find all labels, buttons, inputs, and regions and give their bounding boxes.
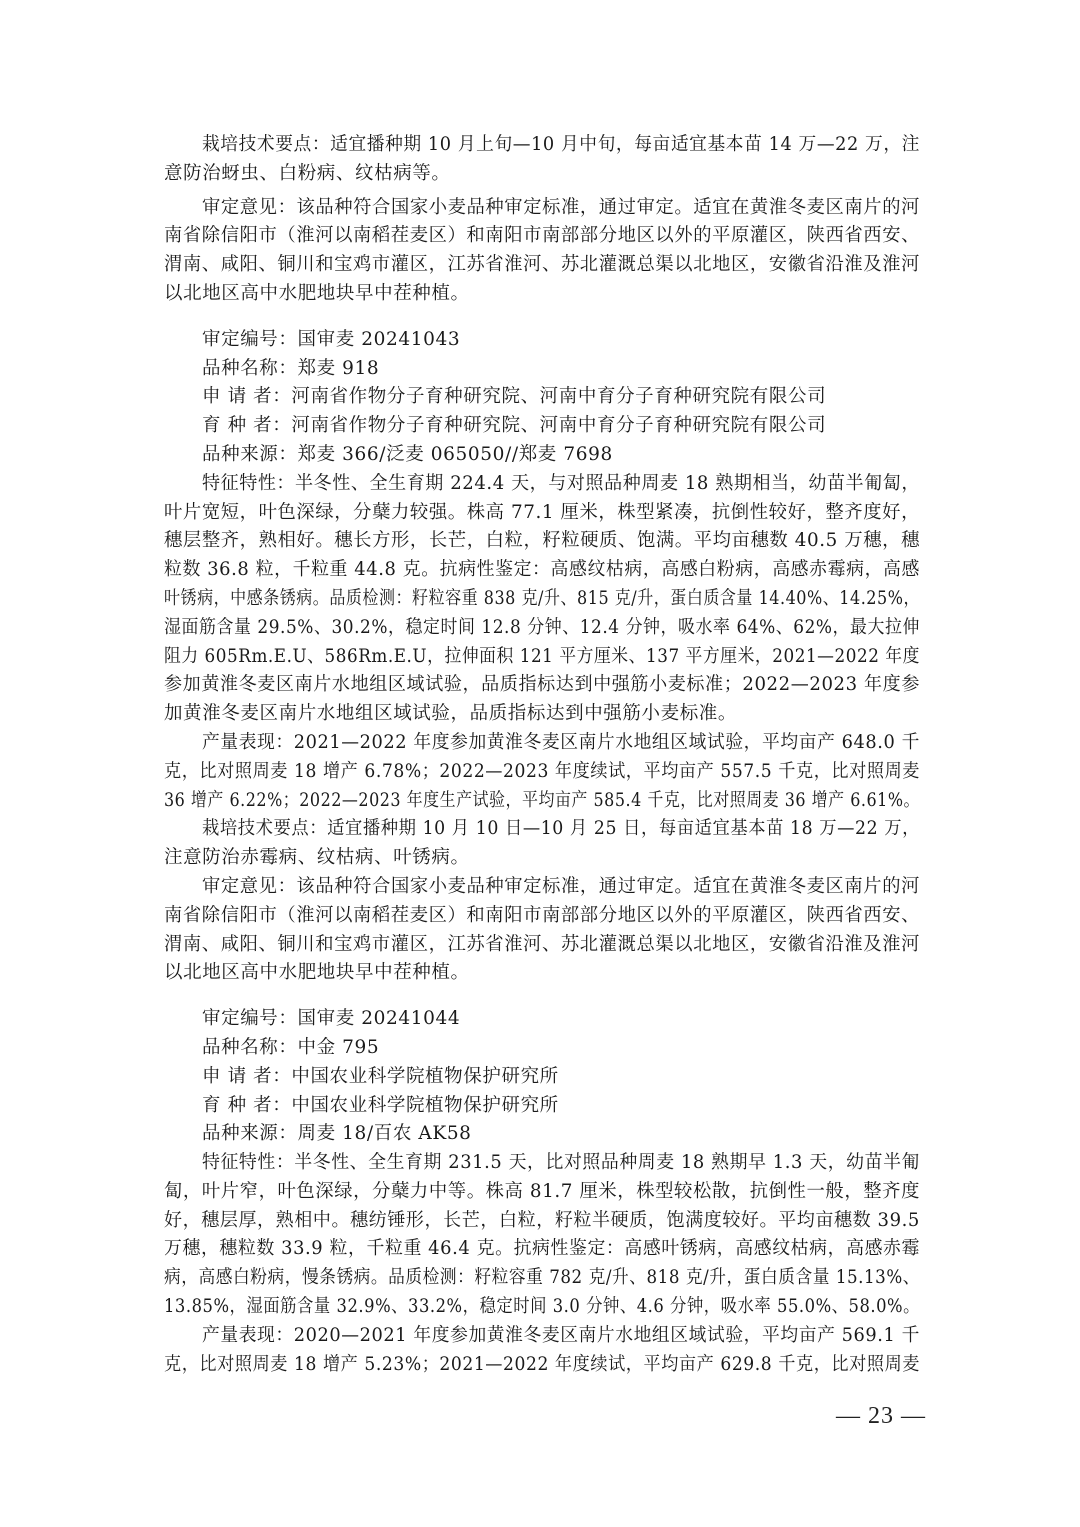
approval-number: 审定编号：国审麦 20241043 (164, 326, 920, 355)
breeder: 育 种 者：河南省作物分子育种研究院、河南中育分子育种研究院有限公司 (164, 412, 920, 441)
page-number: — 23 — (826, 1403, 936, 1430)
variety-name: 品种名称：中金 795 (164, 1034, 920, 1063)
text-line: 加黄淮冬麦区南片水地组区域试验，品质指标达到中强筋小麦标准。 (164, 700, 920, 729)
yield-paragraph: 产量表现：2021—2022 年度参加黄淮冬麦区南片水地组区域试验，平均亩产 6… (164, 729, 920, 815)
text-line: 渭南、咸阳、铜川和宝鸡市灌区，江苏省淮河、苏北灌溉总渠以北地区，安徽省沿淮及淮河 (164, 931, 920, 960)
variety-fields: 审定编号：国审麦 20241044 品种名称：中金 795 申 请 者：中国农业… (164, 1005, 920, 1149)
text-line: 病，高感白粉病，慢条锈病。品质检测：籽粒容重 782 克/升、818 克/升，蛋… (164, 1264, 920, 1293)
text-line: 36 增产 6.22%；2022—2023 年度生产试验，平均亩产 585.4 … (164, 787, 920, 816)
document-page: 栽培技术要点：适宜播种期 10 月上旬—10 月中旬，每亩适宜基本苗 14 万—… (164, 131, 920, 1379)
text-line: 阻力 605Rm.E.U、586Rm.E.U，拉伸面积 121 平方厘米、137… (164, 643, 920, 672)
characteristics-paragraph: 特征特性：半冬性、全生育期 224.4 天，与对照品种周麦 18 熟期相当，幼苗… (164, 470, 920, 729)
text-line: 南省除信阳市（淮河以南稻茬麦区）和南阳市南部部分地区以外的平原灌区，陕西省西安、 (164, 902, 920, 931)
text-line: 产量表现：2021—2022 年度参加黄淮冬麦区南片水地组区域试验，平均亩产 6… (164, 729, 920, 758)
text-line: 好，穗层厚，熟相中。穗纺锤形，长芒，白粒，籽粒半硬质，饱满度较好。平均亩穗数 3… (164, 1207, 920, 1236)
cultivation-paragraph: 栽培技术要点：适宜播种期 10 月上旬—10 月中旬，每亩适宜基本苗 14 万—… (164, 131, 920, 189)
text-line: 粒数 36.8 粒，千粒重 44.8 克。抗病性鉴定：高感纹枯病，高感白粉病，高… (164, 556, 920, 585)
text-line: 湿面筋含量 29.5%、30.2%，稳定时间 12.8 分钟、12.4 分钟，吸… (164, 614, 920, 643)
text-line: 注意防治赤霉病、纹枯病、叶锈病。 (164, 844, 920, 873)
text-line: 叶片宽短，叶色深绿，分蘖力较强。株高 77.1 厘米，株型紧凑，抗倒性较好，整齐… (164, 499, 920, 528)
approval-number: 审定编号：国审麦 20241044 (164, 1005, 920, 1034)
approval-opinion-paragraph: 审定意见：该品种符合国家小麦品种审定标准，通过审定。适宜在黄淮冬麦区南片的河 南… (164, 194, 920, 309)
cultivation-paragraph: 栽培技术要点：适宜播种期 10 月 10 日—10 月 25 日，每亩适宜基本苗… (164, 815, 920, 873)
text-line: 意防治蚜虫、白粉病、纹枯病等。 (164, 160, 920, 189)
text-line: 栽培技术要点：适宜播种期 10 月 10 日—10 月 25 日，每亩适宜基本苗… (164, 815, 920, 844)
characteristics-paragraph: 特征特性：半冬性、全生育期 231.5 天，比对照品种周麦 18 熟期早 1.3… (164, 1149, 920, 1322)
variety-entry: 审定编号：国审麦 20241044 品种名称：中金 795 申 请 者：中国农业… (164, 1005, 920, 1379)
text-line: 匐，叶片窄，叶色深绿，分蘖力中等。株高 81.7 厘米，株型较松散，抗倒性一般，… (164, 1178, 920, 1207)
text-line: 以北地区高中水肥地块早中茬种植。 (164, 280, 920, 309)
text-line: 产量表现：2020—2021 年度参加黄淮冬麦区南片水地组区域试验，平均亩产 5… (164, 1322, 920, 1351)
yield-paragraph: 产量表现：2020—2021 年度参加黄淮冬麦区南片水地组区域试验，平均亩产 5… (164, 1322, 920, 1380)
text-line: 参加黄淮冬麦区南片水地组区域试验，品质指标达到中强筋小麦标准；2022—2023… (164, 671, 920, 700)
variety-name: 品种名称：郑麦 918 (164, 355, 920, 384)
text-line: 克，比对照周麦 18 增产 5.23%；2021—2022 年度续试，平均亩产 … (164, 1351, 920, 1380)
text-line: 渭南、咸阳、铜川和宝鸡市灌区，江苏省淮河、苏北灌溉总渠以北地区，安徽省沿淮及淮河 (164, 251, 920, 280)
entry-continued: 栽培技术要点：适宜播种期 10 月上旬—10 月中旬，每亩适宜基本苗 14 万—… (164, 131, 920, 309)
variety-source: 品种来源：周麦 18/百农 AK58 (164, 1120, 920, 1149)
approval-opinion-paragraph: 审定意见：该品种符合国家小麦品种审定标准，通过审定。适宜在黄淮冬麦区南片的河 南… (164, 873, 920, 988)
text-line: 以北地区高中水肥地块早中茬种植。 (164, 959, 920, 988)
breeder: 育 种 者：中国农业科学院植物保护研究所 (164, 1092, 920, 1121)
variety-fields: 审定编号：国审麦 20241043 品种名称：郑麦 918 申 请 者：河南省作… (164, 326, 920, 470)
text-line: 穗层整齐，熟相好。穗长方形，长芒，白粒，籽粒硬质、饱满。平均亩穗数 40.5 万… (164, 527, 920, 556)
text-line: 特征特性：半冬性、全生育期 224.4 天，与对照品种周麦 18 熟期相当，幼苗… (164, 470, 920, 499)
text-line: 审定意见：该品种符合国家小麦品种审定标准，通过审定。适宜在黄淮冬麦区南片的河 (164, 873, 920, 902)
variety-source: 品种来源：郑麦 366/泛麦 065050//郑麦 7698 (164, 441, 920, 470)
applicant: 申 请 者：河南省作物分子育种研究院、河南中育分子育种研究院有限公司 (164, 383, 920, 412)
variety-entry: 审定编号：国审麦 20241043 品种名称：郑麦 918 申 请 者：河南省作… (164, 326, 920, 988)
text-line: 13.85%，湿面筋含量 32.9%、33.2%，稳定时间 3.0 分钟、4.6… (164, 1293, 920, 1322)
text-line: 审定意见：该品种符合国家小麦品种审定标准，通过审定。适宜在黄淮冬麦区南片的河 (164, 194, 920, 223)
text-line: 叶锈病，中感条锈病。品质检测：籽粒容重 838 克/升、815 克/升，蛋白质含… (164, 585, 920, 614)
text-line: 万穗，穗粒数 33.9 粒，千粒重 46.4 克。抗病性鉴定：高感叶锈病，高感纹… (164, 1235, 920, 1264)
text-line: 特征特性：半冬性、全生育期 231.5 天，比对照品种周麦 18 熟期早 1.3… (164, 1149, 920, 1178)
text-line: 克，比对照周麦 18 增产 6.78%；2022—2023 年度续试，平均亩产 … (164, 758, 920, 787)
text-line: 南省除信阳市（淮河以南稻茬麦区）和南阳市南部部分地区以外的平原灌区，陕西省西安、 (164, 222, 920, 251)
text-line: 栽培技术要点：适宜播种期 10 月上旬—10 月中旬，每亩适宜基本苗 14 万—… (164, 131, 920, 160)
applicant: 申 请 者：中国农业科学院植物保护研究所 (164, 1063, 920, 1092)
